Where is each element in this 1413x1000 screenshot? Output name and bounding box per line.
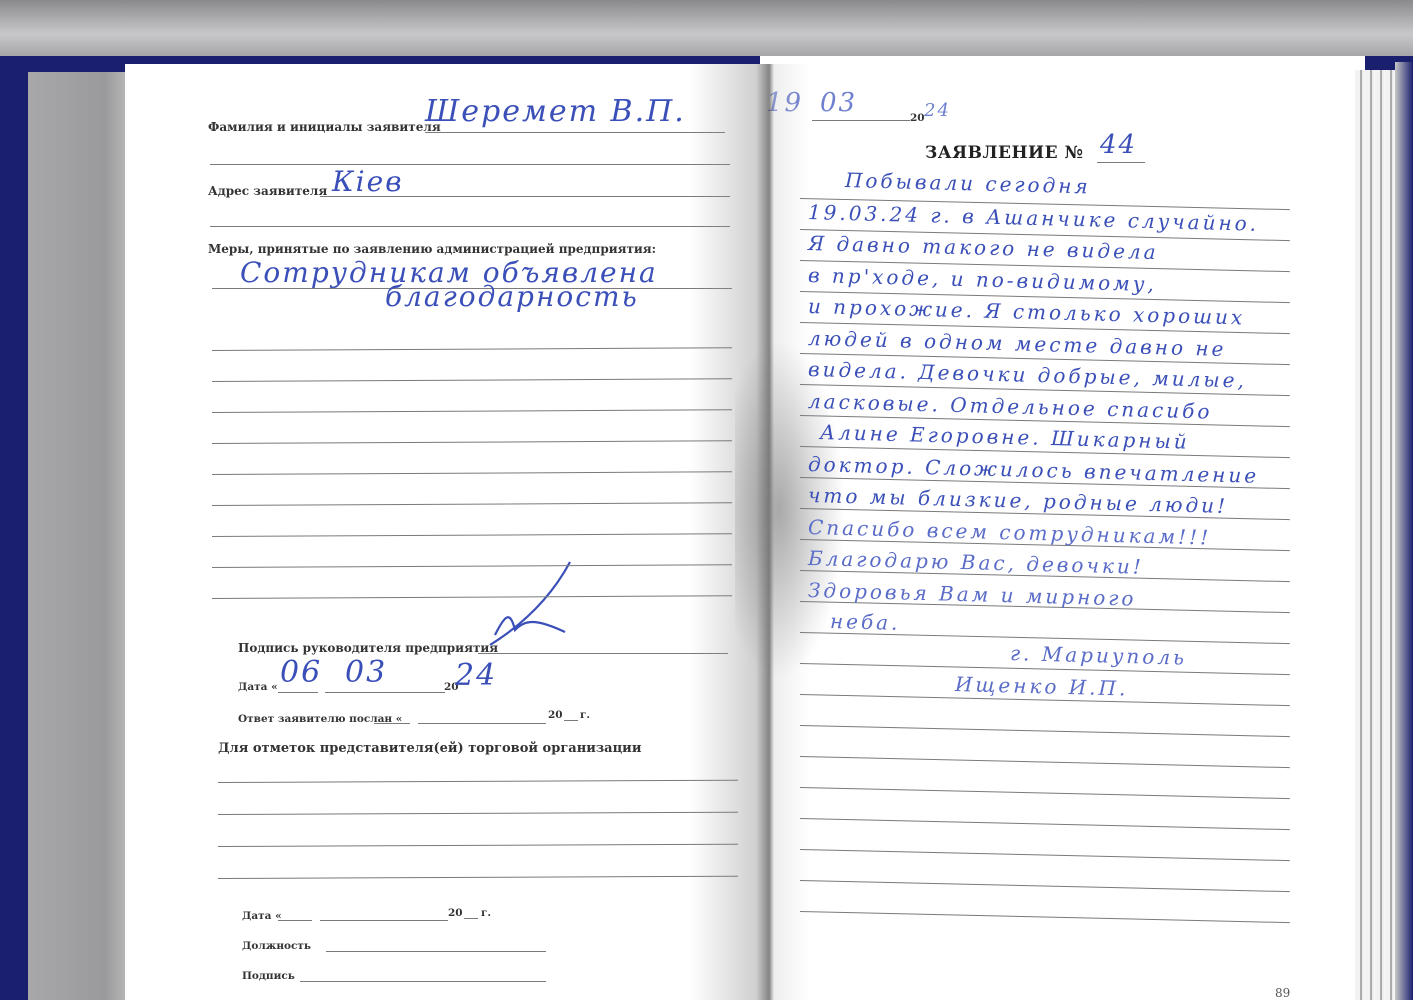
applicant-address-label: Адрес заявителя <box>208 184 327 198</box>
cover-edge <box>1395 62 1413 1000</box>
statement-title: ЗАЯВЛЕНИЕ № <box>925 143 1083 163</box>
cover-inner-flap <box>28 72 138 1000</box>
applicant-name-line <box>425 132 725 133</box>
applicant-address-value[interactable]: Кiев <box>332 165 404 198</box>
org-date-month-line <box>320 920 448 921</box>
reply-day-line <box>374 723 410 724</box>
page-number: 89 <box>1275 986 1290 1000</box>
statement-date-year-prefix: 20 <box>910 112 925 124</box>
manager-signature-label: Подпись руководителя предприятия <box>238 641 498 655</box>
date-month-value[interactable]: 03 <box>345 655 387 690</box>
date-month-line <box>325 692 445 693</box>
scanner-lid <box>0 0 1413 62</box>
reply-year-prefix: 20 <box>548 709 563 721</box>
reply-month-line <box>418 723 546 724</box>
date-day-line <box>278 692 318 693</box>
statement-text-line: г. Мариуполь <box>1010 641 1188 670</box>
statement-number[interactable]: 44 <box>1100 130 1137 160</box>
date-day-value[interactable]: 06 <box>280 655 322 690</box>
signature-line <box>300 981 546 982</box>
applicant-name-value[interactable]: Шеремет В.П. <box>425 94 686 129</box>
org-date-year-line <box>464 918 478 919</box>
measures-value-line2[interactable]: благодарность <box>385 280 639 313</box>
form-line <box>210 164 730 165</box>
date-year-value[interactable]: 24 <box>455 658 497 693</box>
reply-year-line <box>564 720 578 721</box>
org-date-label: Дата « <box>242 910 282 922</box>
org-date-year-prefix: 20 <box>448 907 463 919</box>
position-line <box>326 951 546 952</box>
statement-number-line <box>1097 162 1145 163</box>
signature-label: Подпись <box>242 970 295 982</box>
page-edges <box>1355 70 1400 1000</box>
statement-text-line: Ищенко И.П. <box>955 672 1129 701</box>
statement-date-month[interactable]: 03 <box>820 88 857 118</box>
form-line <box>210 226 730 227</box>
left-page <box>125 64 765 1000</box>
date-label: Дата « <box>238 681 278 693</box>
reply-suffix: г. <box>580 709 590 721</box>
org-date-day-line <box>278 920 312 921</box>
statement-text-line: неба. <box>830 609 901 635</box>
org-rep-heading: Для отметок представителя(ей) торговой о… <box>218 741 641 756</box>
statement-date-line <box>812 120 910 121</box>
statement-date-year[interactable]: 24 <box>924 100 951 121</box>
position-label: Должность <box>242 940 311 952</box>
applicant-name-label: Фамилия и инициалы заявителя <box>208 120 441 134</box>
measures-label: Меры, принятые по заявлению администраци… <box>208 242 656 256</box>
org-date-suffix: г. <box>481 907 491 919</box>
